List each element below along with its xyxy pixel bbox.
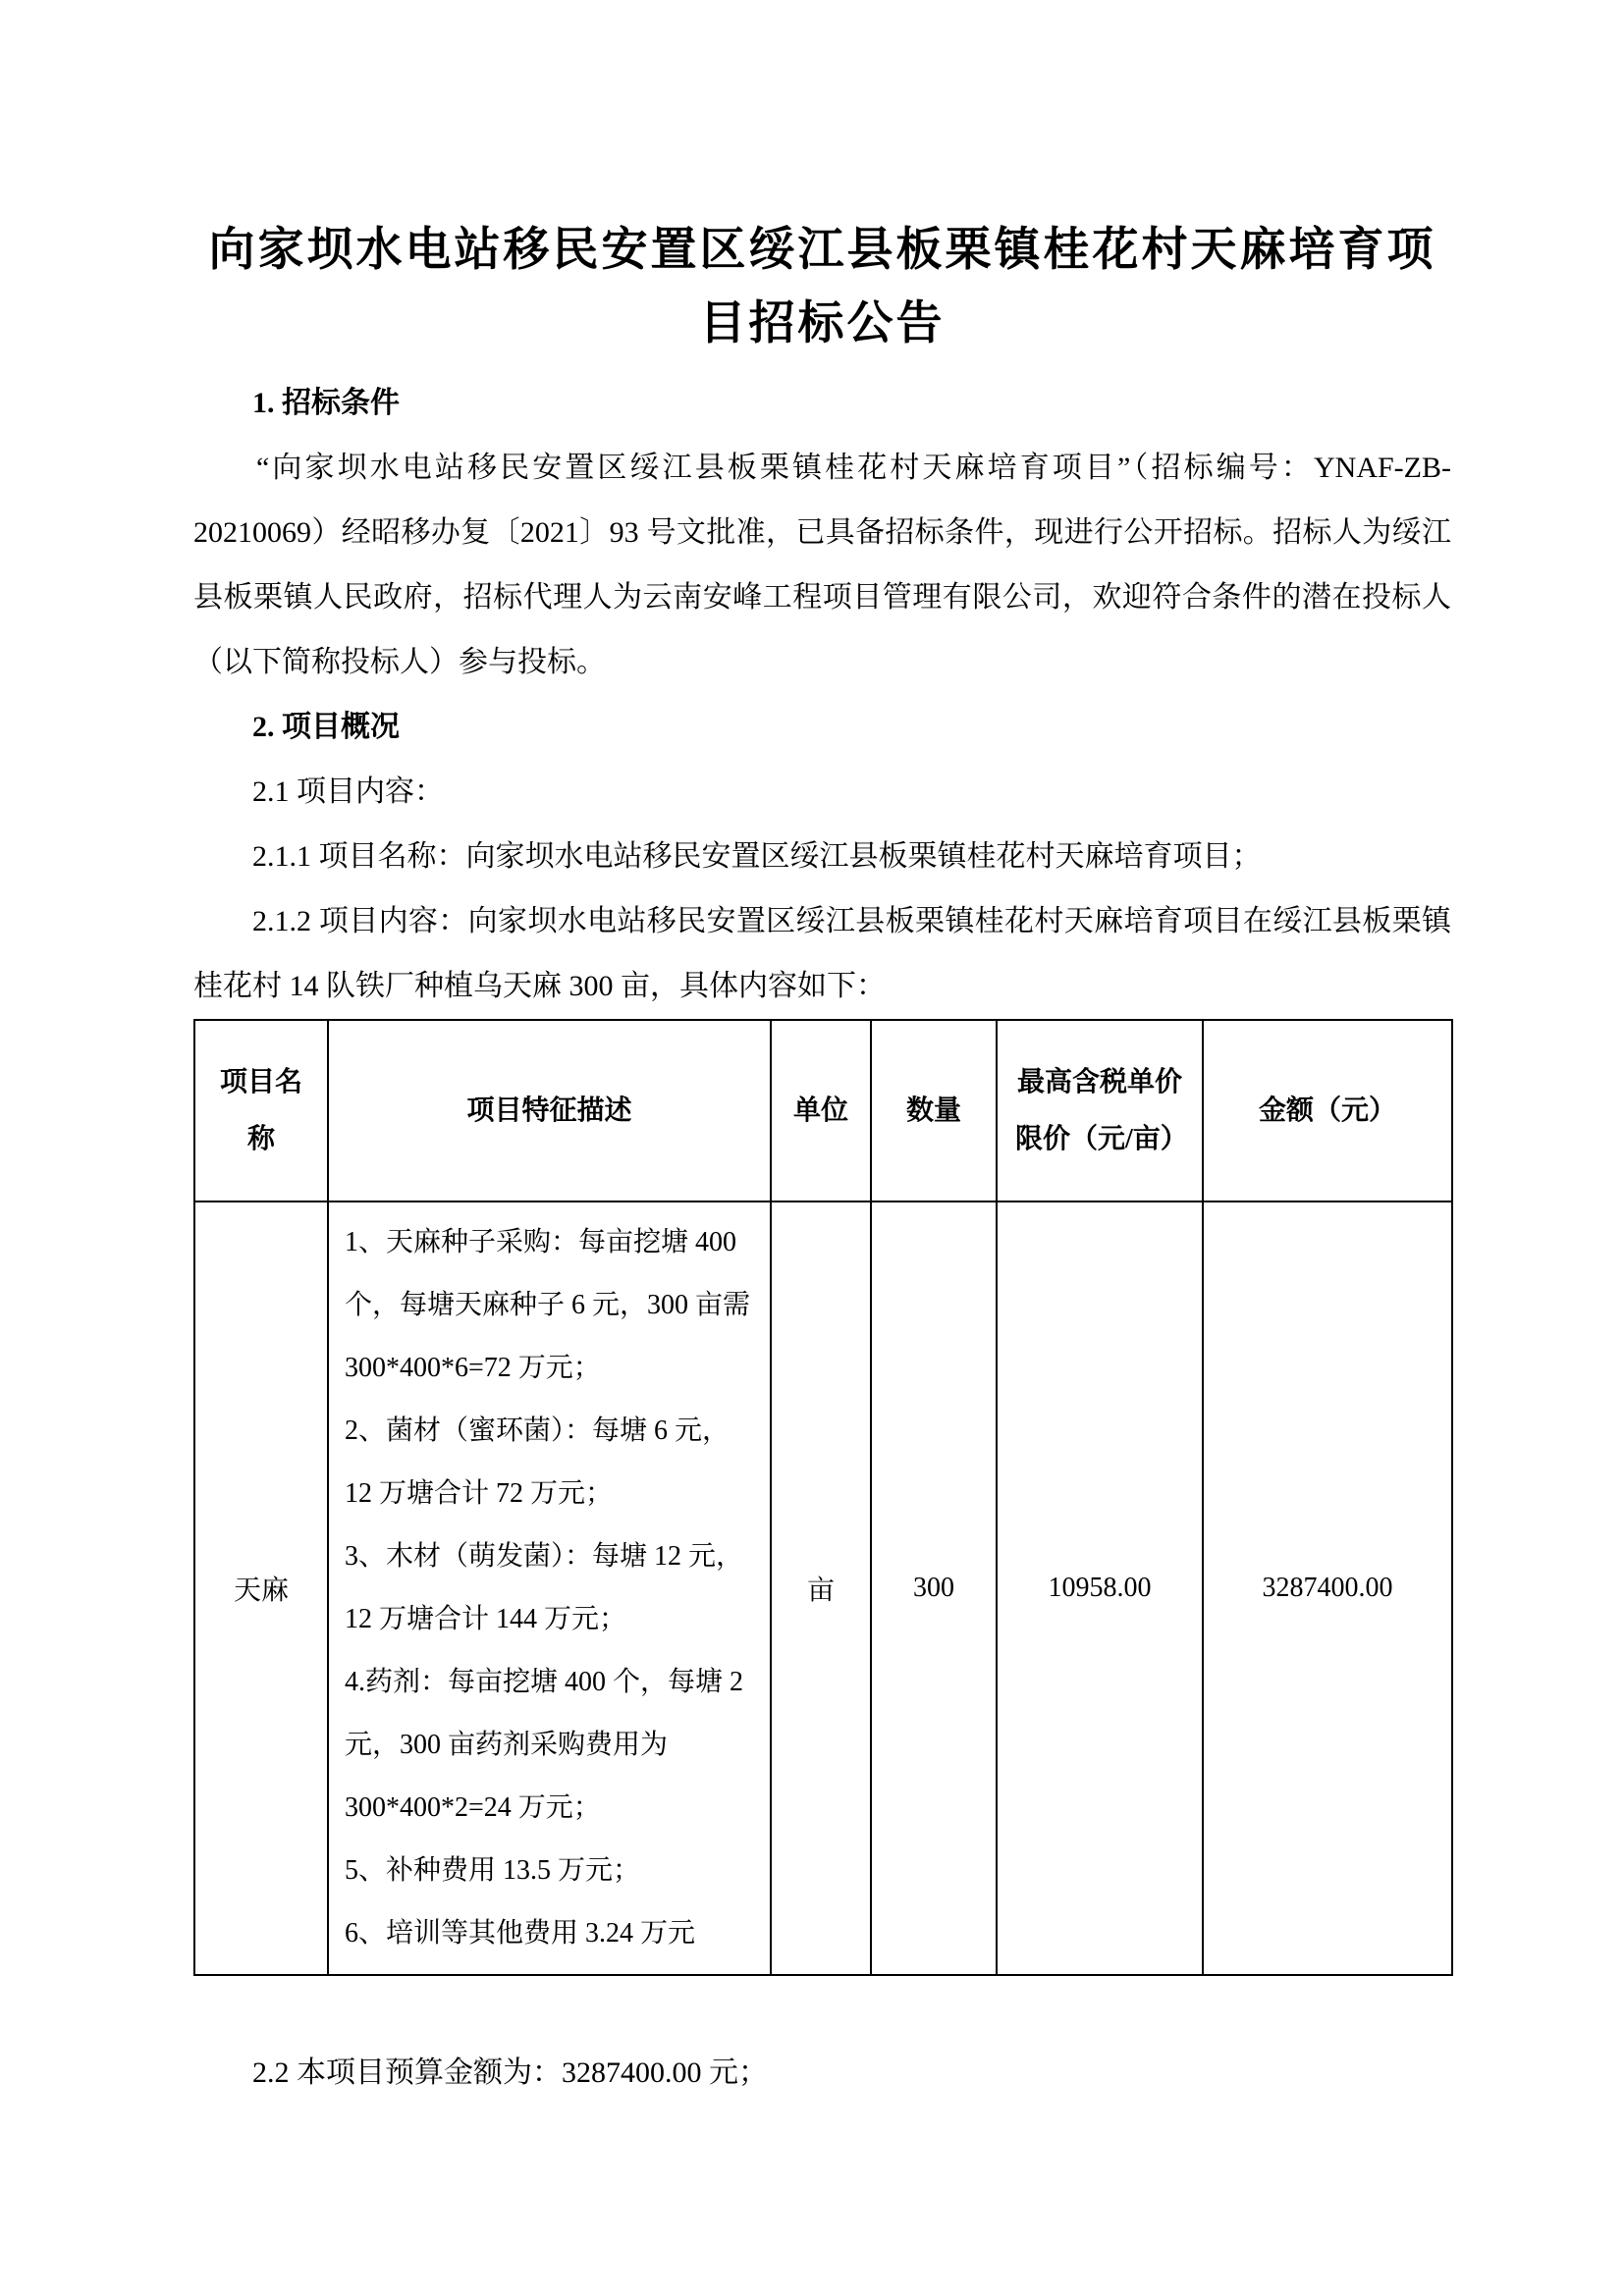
description-item-1: 1、天麻种子采购：每亩挖塘 400 个，每塘天麻种子 6 元，300 亩需 30… <box>345 1211 754 1400</box>
description-item-3: 3、木材（萌发菌）：每塘 12 元，12 万塘合计 144 万元； <box>345 1525 754 1651</box>
document-title: 向家坝水电站移民安置区绥江县板栗镇桂花村天麻培育项 目招标公告 <box>193 214 1451 361</box>
section-1-paragraph: “向家坝水电站移民安置区绥江县板栗镇桂花村天麻培育项目”（招标编号：YNAF-Z… <box>193 436 1451 695</box>
project-items-table: 项目名称 项目特征描述 单位 数量 最高含税单价限价（元/亩） 金额（元） 天麻… <box>193 1019 1453 1976</box>
header-quantity: 数量 <box>871 1020 997 1201</box>
document-page: 向家坝水电站移民安置区绥江县板栗镇桂花村天麻培育项 目招标公告 1. 招标条件 … <box>0 0 1624 2296</box>
header-description: 项目特征描述 <box>328 1020 771 1201</box>
section-2-heading: 2. 项目概况 <box>193 695 1451 760</box>
cell-quantity: 300 <box>871 1201 997 1975</box>
cell-unit: 亩 <box>771 1201 871 1975</box>
section-1-heading: 1. 招标条件 <box>193 371 1451 436</box>
header-max-price: 最高含税单价限价（元/亩） <box>997 1020 1203 1201</box>
item-2-2-budget: 2.2 本项目预算金额为：3287400.00 元； <box>193 2041 1451 2106</box>
description-item-2: 2、菌材（蜜环菌）：每塘 6 元，12 万塘合计 72 万元； <box>345 1400 754 1525</box>
description-item-6: 6、培训等其他费用 3.24 万元 <box>345 1902 754 1965</box>
header-project-name: 项目名称 <box>194 1020 328 1201</box>
header-amount: 金额（元） <box>1203 1020 1452 1201</box>
description-item-5: 5、补种费用 13.5 万元； <box>345 1840 754 1902</box>
table-row: 天麻 1、天麻种子采购：每亩挖塘 400 个，每塘天麻种子 6 元，300 亩需… <box>194 1201 1452 1975</box>
item-2-1-1: 2.1.1 项目名称：向家坝水电站移民安置区绥江县板栗镇桂花村天麻培育项目； <box>193 825 1451 889</box>
item-2-1-2: 2.1.2 项目内容：向家坝水电站移民安置区绥江县板栗镇桂花村天麻培育项目在绥江… <box>193 889 1451 1019</box>
cell-project-name: 天麻 <box>194 1201 328 1975</box>
cell-description: 1、天麻种子采购：每亩挖塘 400 个，每塘天麻种子 6 元，300 亩需 30… <box>328 1201 771 1975</box>
description-item-4: 4.药剂：每亩挖塘 400 个，每塘 2 元，300 亩药剂采购费用为 300*… <box>345 1651 754 1840</box>
item-2-1: 2.1 项目内容： <box>193 760 1451 825</box>
cell-amount: 3287400.00 <box>1203 1201 1452 1975</box>
title-line-2: 目招标公告 <box>193 288 1451 361</box>
cell-max-price: 10958.00 <box>997 1201 1203 1975</box>
header-unit: 单位 <box>771 1020 871 1201</box>
title-line-1: 向家坝水电站移民安置区绥江县板栗镇桂花村天麻培育项 <box>193 214 1451 288</box>
table-header-row: 项目名称 项目特征描述 单位 数量 最高含税单价限价（元/亩） 金额（元） <box>194 1020 1452 1201</box>
